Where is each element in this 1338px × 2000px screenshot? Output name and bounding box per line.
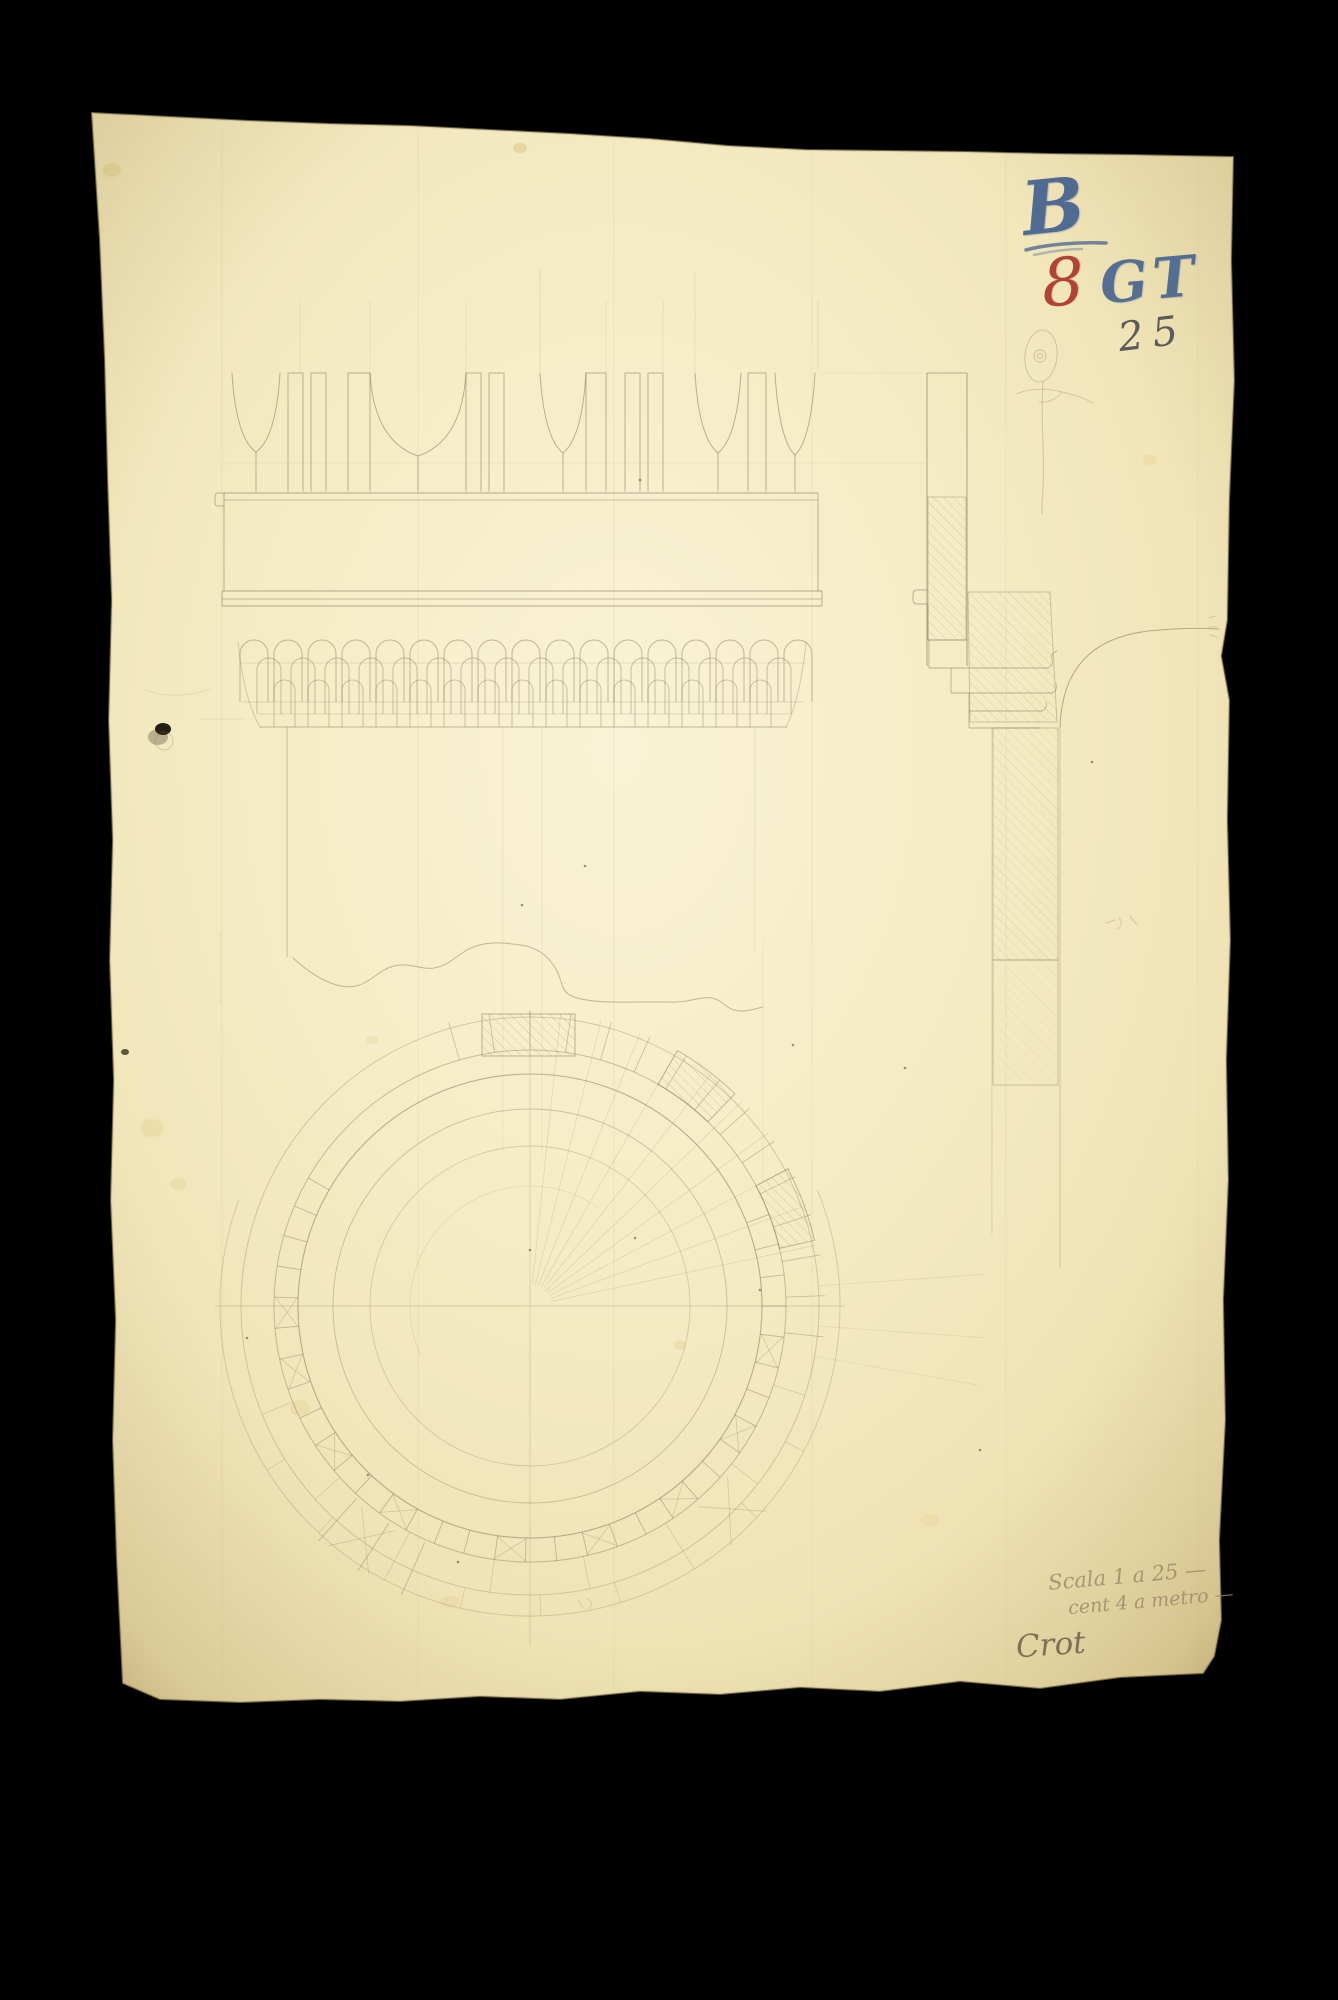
inventory-number: 8 [1040, 249, 1085, 317]
paper-sheet [92, 113, 1234, 1702]
photograph-of-architectural-drawing: B 8 GT 25 Scala 1 a 25 — cent 4 a metro … [0, 0, 1338, 2000]
inventory-subnumber: 25 [1116, 310, 1189, 358]
signature-note: Crot [1015, 1628, 1087, 1664]
inventory-code: GT [1098, 248, 1202, 312]
inventory-letter: B [1018, 167, 1088, 247]
